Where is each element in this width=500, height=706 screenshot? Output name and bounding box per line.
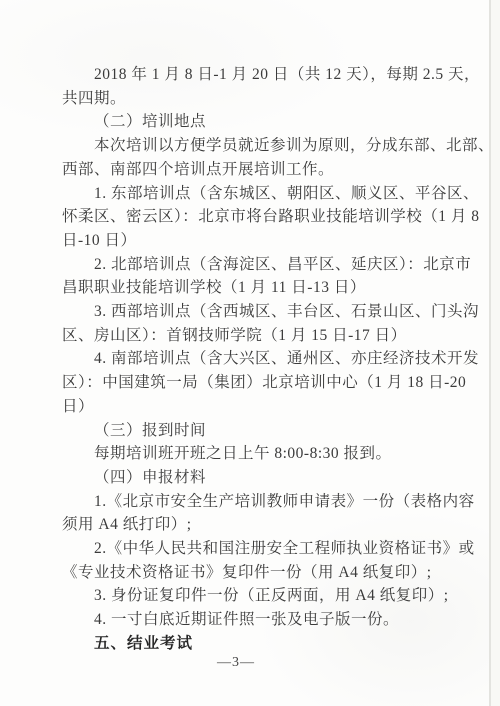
document-line: 须用 A4 纸打印）; <box>62 513 444 537</box>
document-line: 4. 南部培训点（含大兴区、通州区、亦庄经济技术开发 <box>62 347 444 371</box>
document-line: （三）报到时间 <box>62 419 444 443</box>
document-line: （二）培训地点 <box>62 110 444 134</box>
document-line: 4. 一寸白底近期证件照一张及电子版一份。 <box>62 608 444 632</box>
document-line: 2018 年 1 月 8 日-1 月 20 日（共 12 天），每期 2.5 天… <box>62 63 444 87</box>
document-line: 五、结业考试 <box>62 632 444 656</box>
document-line: 区、房山区）：首钢技师学院（1 月 15 日-17 日） <box>62 324 444 348</box>
document-line: 区）：中国建筑一局（集团）北京培训中心（1 月 18 日-20 <box>62 371 444 395</box>
document-line: 2. 北部培训点（含海淀区、昌平区、延庆区）：北京市 <box>62 253 444 277</box>
document-line: 1. 东部培训点（含东城区、朝阳区、顺义区、平谷区、 <box>62 182 444 206</box>
document-line: （四）申报材料 <box>62 466 444 490</box>
document-line: 《专业技术资格证书》复印件一份（用 A4 纸复印）; <box>62 561 444 585</box>
scan-page-margin <box>491 0 500 706</box>
document-line: 怀柔区、密云区）：北京市将台路职业技能培训学校（1 月 8 <box>62 205 444 229</box>
document-line: 3. 西部培训点（含西城区、丰台区、石景山区、门头沟 <box>62 300 444 324</box>
document-line: 共四期。 <box>62 87 444 111</box>
document-line: 西部、南部四个培训点开展培训工作。 <box>62 158 444 182</box>
document-line: 1.《北京市安全生产培训教师申请表》一份（表格内容 <box>62 490 444 514</box>
page-number: —3— <box>0 655 472 671</box>
document-line: 本次培训以方便学员就近参训为原则，分成东部、北部、 <box>62 134 444 158</box>
document-line: 每期培训班开班之日上午 8:00-8:30 报到。 <box>62 442 444 466</box>
document-line: 日） <box>62 395 444 419</box>
document-line: 3. 身份证复印件一份（正反两面，用 A4 纸复印）; <box>62 584 444 608</box>
document-line: 2.《中华人民共和国注册安全工程师执业资格证书》或 <box>62 537 444 561</box>
document-body: 2018 年 1 月 8 日-1 月 20 日（共 12 天），每期 2.5 天… <box>62 63 444 656</box>
scan-page-edge <box>489 0 491 706</box>
scanned-document-page: 2018 年 1 月 8 日-1 月 20 日（共 12 天），每期 2.5 天… <box>0 0 500 706</box>
document-line: 昌职职业技能培训学校（1 月 11 日-13 日） <box>62 276 444 300</box>
document-line: 日-10 日） <box>62 229 444 253</box>
